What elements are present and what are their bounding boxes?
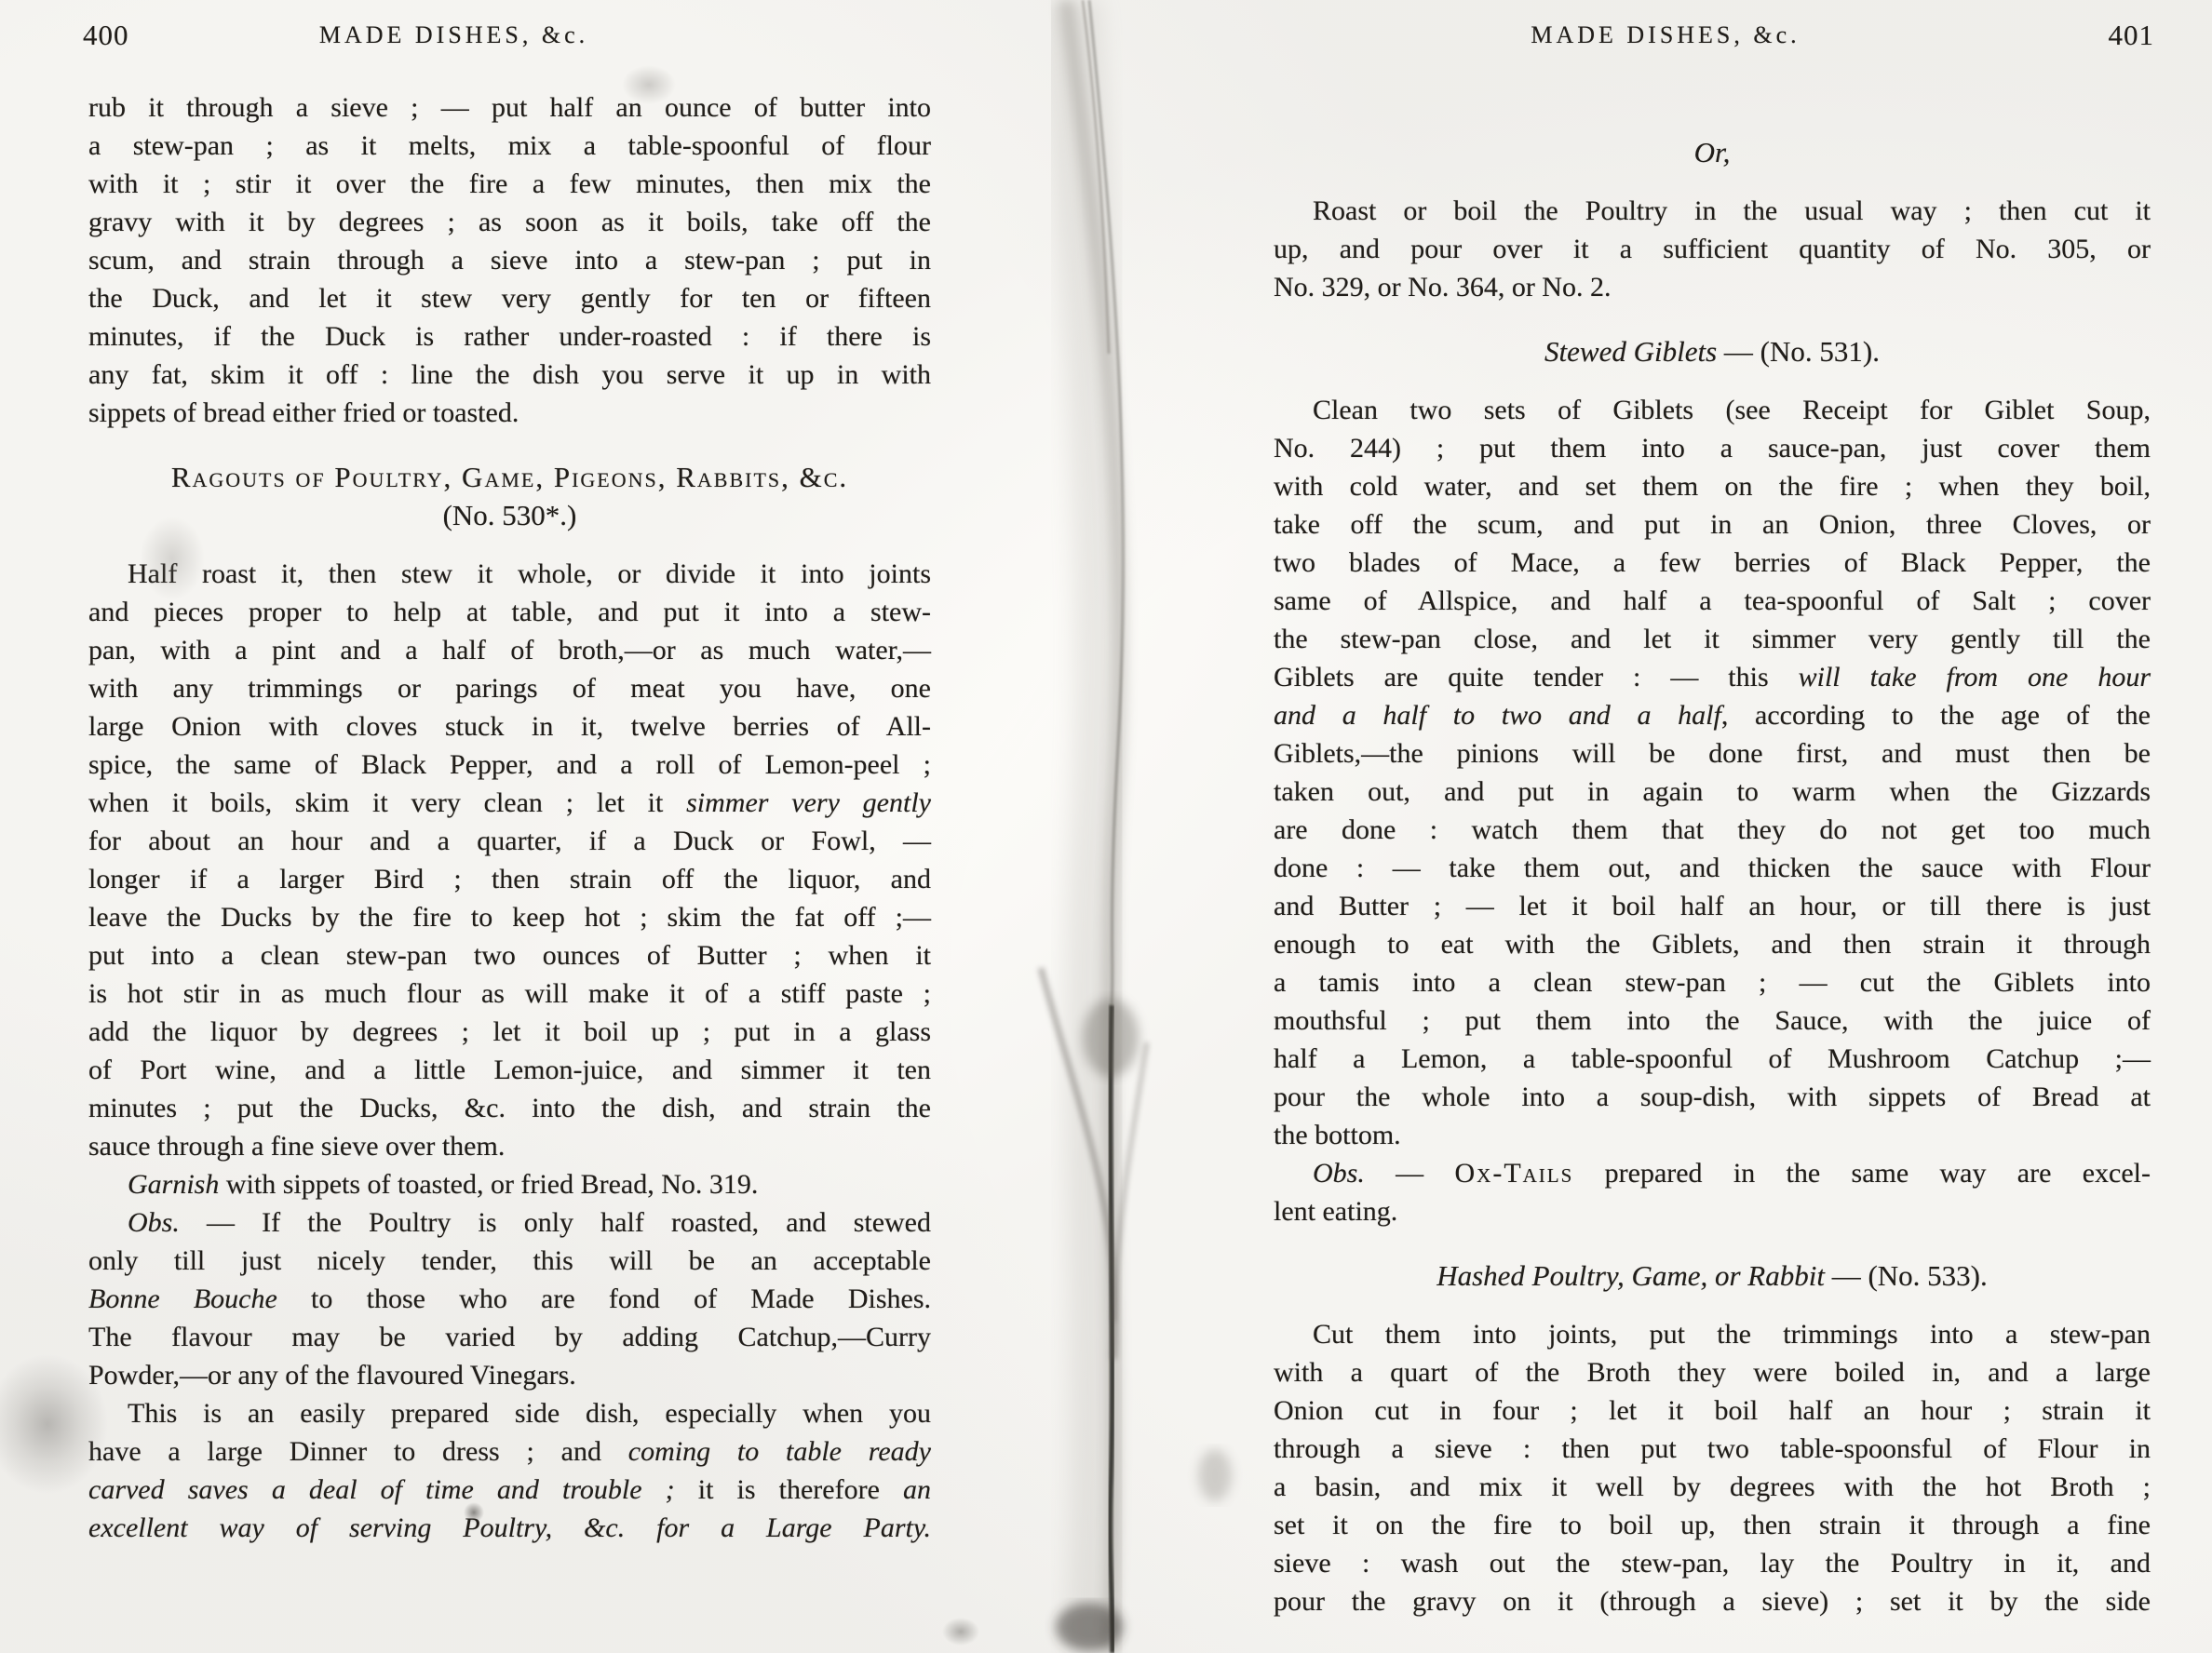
paragraph: rub it through a sieve ; — put half an o… (88, 88, 931, 432)
text-segment: with any trimmings or parings of meat yo… (88, 673, 931, 704)
text-segment: Or, (1694, 136, 1731, 168)
text-segment: Obs. (128, 1207, 180, 1238)
text-segment: — (No. 533). (1825, 1259, 1988, 1292)
heading-line: Ragouts of Poultry, Game, Pigeons, Rabbi… (88, 458, 931, 496)
text-segment: Half roast it, then stew it whole, or di… (128, 558, 931, 589)
text-segment: rub it through a sieve ; — put half an o… (88, 92, 931, 123)
text-segment: of Port wine, and a little Lemon-juice, … (88, 1055, 931, 1085)
text-line: put into a clean stew-pan two ounces of … (88, 936, 931, 974)
text-line: Onion cut in four ; let it boil half an … (1274, 1391, 2151, 1430)
text-line: No. 244) ; put them into a sauce-pan, ju… (1274, 429, 2151, 467)
text-segment: an (903, 1474, 931, 1505)
text-segment: sauce through a fine sieve over them. (88, 1131, 505, 1162)
text-line: a stew-pan ; as it melts, mix a table-sp… (88, 127, 931, 165)
ink-smudge (942, 1618, 979, 1646)
text-segment: prepared in the same way are excel- (1573, 1158, 2151, 1189)
text-segment: is hot stir in as much flour as will mak… (88, 978, 931, 1009)
text-line: set it on the fire to boil up, then stra… (1274, 1506, 2151, 1544)
text-segment: sippets of bread either fried or toasted… (88, 397, 519, 428)
text-segment: minutes ; put the Ducks, &c. into the di… (88, 1093, 931, 1123)
text-segment: Bonne Bouche (88, 1283, 277, 1314)
text-segment: Giblets are quite tender : — this (1274, 662, 1799, 692)
text-segment: Stewed Giblets (1544, 335, 1717, 368)
text-line: Garnish with sippets of toasted, or frie… (88, 1165, 931, 1203)
heading-line: Hashed Poultry, Game, or Rabbit — (No. 5… (1274, 1257, 2151, 1295)
text-line: leave the Ducks by the fire to keep hot … (88, 898, 931, 936)
text-segment: the Duck, and let it stew very gently fo… (88, 283, 931, 314)
text-line: Giblets are quite tender : — this will t… (1274, 658, 2151, 696)
text-segment: Onion cut in four ; let it boil half an … (1274, 1395, 2151, 1426)
text-line: of Port wine, and a little Lemon-juice, … (88, 1051, 931, 1089)
text-line: sieve : wash out the stew-pan, lay the P… (1274, 1544, 2151, 1582)
text-line: pour the whole into a soup-dish, with si… (1274, 1078, 2151, 1116)
paragraph: Half roast it, then stew it whole, or di… (88, 555, 931, 1165)
text-segment: Cut them into joints, put the trimmings … (1313, 1319, 2151, 1350)
text-line: take off the scum, and put in an Onion, … (1274, 505, 2151, 544)
text-segment: excellent way of serving Poultry, &c. fo… (88, 1512, 931, 1543)
text-line: The flavour may be varied by adding Catc… (88, 1318, 931, 1356)
text-line: Obs. — Ox-Tails prepared in the same way… (1274, 1154, 2151, 1192)
text-line: Half roast it, then stew it whole, or di… (88, 555, 931, 593)
text-segment: a tamis into a clean stew-pan ; — cut th… (1274, 967, 2151, 998)
text-segment: Ox-Tails (1455, 1158, 1574, 1189)
text-segment: only till just nicely tender, this will … (88, 1245, 931, 1276)
binding-gutter-shadow (931, 0, 1303, 1653)
book-scan: 400 MADE DISHES, &c. rub it through a si… (0, 0, 2212, 1653)
text-segment: through a sieve : then put two table-spo… (1274, 1433, 2151, 1464)
text-segment: pan, with a pint and a half of broth,—or… (88, 635, 931, 665)
text-segment: Powder,—or any of the flavoured Vinegars… (88, 1360, 576, 1391)
text-segment: for about an hour and a quarter, if a Du… (88, 826, 931, 856)
text-segment: No. 329, or No. 364, or No. 2. (1274, 272, 1611, 302)
text-segment: done : — take them out, and thicken the … (1274, 853, 2151, 883)
text-segment: taken out, and put in again to warm when… (1274, 776, 2151, 807)
text-segment: are done : watch them that they do not g… (1274, 814, 2151, 845)
text-line: and Butter ; — let it boil half an hour,… (1274, 887, 2151, 925)
recipe-heading: Or, (1274, 133, 2151, 171)
text-segment: a stew-pan ; as it melts, mix a table-sp… (88, 130, 931, 161)
text-line: half a Lemon, a table-spoonful of Mushro… (1274, 1040, 2151, 1078)
text-line: two blades of Mace, a few berries of Bla… (1274, 544, 2151, 582)
text-segment: have a large Dinner to dress ; and (88, 1436, 628, 1467)
text-segment: set it on the fire to boil up, then stra… (1274, 1510, 2151, 1540)
text-segment: add the liquor by degrees ; let it boil … (88, 1016, 931, 1047)
text-segment: Garnish (128, 1169, 219, 1200)
text-segment: , according to the age of the (1721, 700, 2151, 731)
text-segment: large Onion with cloves stuck in it, twe… (88, 711, 931, 742)
text-segment: — (1365, 1158, 1455, 1189)
paragraph: Obs. — Ox-Tails prepared in the same way… (1274, 1154, 2151, 1230)
text-segment: The flavour may be varied by adding Catc… (88, 1322, 931, 1352)
text-segment: Hashed Poultry, Game, or Rabbit (1436, 1259, 1825, 1292)
text-segment: pour the gravy on it (through a sieve) ;… (1274, 1586, 2151, 1617)
text-line: is hot stir in as much flour as will mak… (88, 974, 931, 1013)
text-segment: No. 244) ; put them into a sauce-pan, ju… (1274, 433, 2151, 464)
heading-line: Stewed Giblets — (No. 531). (1274, 332, 2151, 370)
text-segment: gravy with it by degrees ; as soon as it… (88, 207, 931, 237)
text-segment: longer if a larger Bird ; then strain of… (88, 864, 931, 894)
text-line: any fat, skim it off : line the dish you… (88, 356, 931, 394)
page-right: MADE DISHES, &c. 401 Or,Roast or boil th… (1274, 0, 2151, 1653)
text-line: add the liquor by degrees ; let it boil … (88, 1013, 931, 1051)
text-line: for about an hour and a quarter, if a Du… (88, 822, 931, 860)
text-segment: enough to eat with the Giblets, and then… (1274, 929, 2151, 960)
text-segment: any fat, skim it off : line the dish you… (88, 359, 931, 390)
text-line: Giblets,—the pinions will be done first,… (1274, 734, 2151, 773)
text-line: Obs. — If the Poultry is only half roast… (88, 1203, 931, 1242)
page-left: 400 MADE DISHES, &c. rub it through a si… (88, 0, 931, 1653)
text-segment: leave the Ducks by the fire to keep hot … (88, 902, 931, 933)
text-line: a tamis into a clean stew-pan ; — cut th… (1274, 963, 2151, 1001)
text-line: up, and pour over it a sufficient quanti… (1274, 230, 2151, 268)
text-segment: will take from one hour (1799, 662, 2151, 692)
text-line: lent eating. (1274, 1192, 2151, 1230)
text-line: when it boils, skim it very clean ; let … (88, 784, 931, 822)
text-segment: half a Lemon, a table-spoonful of Mushro… (1274, 1043, 2151, 1074)
text-line: Roast or boil the Poultry in the usual w… (1274, 192, 2151, 230)
paragraph: Clean two sets of Giblets (see Receipt f… (1274, 391, 2151, 1154)
text-segment: and Butter ; — let it boil half an hour,… (1274, 891, 2151, 921)
text-line: through a sieve : then put two table-spo… (1274, 1430, 2151, 1468)
text-segment: when it boils, skim it very clean ; let … (88, 787, 686, 818)
text-line: Cut them into joints, put the trimmings … (1274, 1315, 2151, 1353)
paragraph: Cut them into joints, put the trimmings … (1274, 1315, 2151, 1620)
text-line: large Onion with cloves stuck in it, twe… (88, 707, 931, 746)
text-line: the Duck, and let it stew very gently fo… (88, 279, 931, 317)
text-line: taken out, and put in again to warm when… (1274, 773, 2151, 811)
text-line: excellent way of serving Poultry, &c. fo… (88, 1509, 931, 1547)
text-line: longer if a larger Bird ; then strain of… (88, 860, 931, 898)
text-line: Bonne Bouche to those who are fond of Ma… (88, 1280, 931, 1318)
text-segment: up, and pour over it a sufficient quanti… (1274, 234, 2151, 264)
text-line: only till just nicely tender, this will … (88, 1242, 931, 1280)
text-line: the bottom. (1274, 1116, 2151, 1154)
text-line: Clean two sets of Giblets (see Receipt f… (1274, 391, 2151, 429)
text-line: the stew-pan close, and let it simmer ve… (1274, 620, 2151, 658)
paragraph: This is an easily prepared side dish, es… (88, 1394, 931, 1547)
text-line: carved saves a deal of time and trouble … (88, 1471, 931, 1509)
text-line: sauce through a fine sieve over them. (88, 1127, 931, 1165)
text-segment: Giblets,—the pinions will be done first,… (1274, 738, 2151, 769)
heading-line: Or, (1274, 133, 2151, 171)
recipe-heading: Hashed Poultry, Game, or Rabbit — (No. 5… (1274, 1257, 2151, 1295)
text-line: sippets of bread either fried or toasted… (88, 394, 931, 432)
text-segment: spice, the same of Black Pepper, and a r… (88, 749, 931, 780)
text-line: No. 329, or No. 364, or No. 2. (1274, 268, 2151, 306)
text-segment: the stew-pan close, and let it simmer ve… (1274, 624, 2151, 654)
page-body: Or,Roast or boil the Poultry in the usua… (1274, 0, 2151, 1620)
text-line: minutes ; put the Ducks, &c. into the di… (88, 1089, 931, 1127)
text-segment: with it ; stir it over the fire a few mi… (88, 168, 931, 199)
text-segment: Obs. (1313, 1158, 1365, 1189)
text-segment: and pieces proper to help at table, and … (88, 597, 931, 627)
text-line: done : — take them out, and thicken the … (1274, 849, 2151, 887)
text-segment: with a quart of the Broth they were boil… (1274, 1357, 2151, 1388)
text-segment: — If the Poultry is only half roasted, a… (180, 1207, 931, 1238)
text-segment: This is an easily prepared side dish, es… (128, 1398, 931, 1429)
text-line: with it ; stir it over the fire a few mi… (88, 165, 931, 203)
text-line: a basin, and mix it well by degrees with… (1274, 1468, 2151, 1506)
text-line: enough to eat with the Giblets, and then… (1274, 925, 2151, 963)
text-line: are done : watch them that they do not g… (1274, 811, 2151, 849)
paragraph: Roast or boil the Poultry in the usual w… (1274, 192, 2151, 306)
text-line: This is an easily prepared side dish, es… (88, 1394, 931, 1432)
text-segment: to those who are fond of Made Dishes. (277, 1283, 931, 1314)
text-line: mouthsful ; put them into the Sauce, wit… (1274, 1001, 2151, 1040)
text-segment: same of Allspice, and half a tea-spoonfu… (1274, 585, 2151, 616)
text-line: rub it through a sieve ; — put half an o… (88, 88, 931, 127)
text-segment: simmer very gently (686, 787, 931, 818)
page-body: rub it through a sieve ; — put half an o… (88, 0, 931, 1547)
text-segment: carved saves a deal of time and trouble … (88, 1474, 675, 1505)
text-line: with any trimmings or parings of meat yo… (88, 669, 931, 707)
text-segment: sieve : wash out the stew-pan, lay the P… (1274, 1548, 2151, 1579)
text-line: and a half to two and a half, according … (1274, 696, 2151, 734)
text-segment: scum, and strain through a sieve into a … (88, 245, 931, 275)
text-segment: it is therefore (675, 1474, 903, 1505)
text-line: and pieces proper to help at table, and … (88, 593, 931, 631)
text-line: spice, the same of Black Pepper, and a r… (88, 746, 931, 784)
heading-line: (No. 530*.) (88, 496, 931, 534)
text-segment: take off the scum, and put in an Onion, … (1274, 509, 2151, 540)
text-segment: Roast or boil the Poultry in the usual w… (1313, 195, 2151, 226)
text-line: pour the gravy on it (through a sieve) ;… (1274, 1582, 2151, 1620)
text-line: gravy with it by degrees ; as soon as it… (88, 203, 931, 241)
text-line: scum, and strain through a sieve into a … (88, 241, 931, 279)
text-line: have a large Dinner to dress ; and comin… (88, 1432, 931, 1471)
recipe-heading: Ragouts of Poultry, Game, Pigeons, Rabbi… (88, 458, 931, 534)
text-line: with cold water, and set them on the fir… (1274, 467, 2151, 505)
text-segment: with cold water, and set them on the fir… (1274, 471, 2151, 502)
text-segment: (No. 530*.) (443, 499, 577, 531)
text-segment: put into a clean stew-pan two ounces of … (88, 940, 931, 971)
text-segment: lent eating. (1274, 1196, 1397, 1227)
text-segment: coming to table ready (628, 1436, 931, 1467)
text-segment: a basin, and mix it well by degrees with… (1274, 1472, 2151, 1502)
text-segment: pour the whole into a soup-dish, with si… (1274, 1082, 2151, 1112)
text-line: same of Allspice, and half a tea-spoonfu… (1274, 582, 2151, 620)
text-segment: with sippets of toasted, or fried Bread,… (219, 1169, 758, 1200)
paragraph: Obs. — If the Poultry is only half roast… (88, 1203, 931, 1394)
text-segment: and a half to two and a half (1274, 700, 1721, 731)
recipe-heading: Stewed Giblets — (No. 531). (1274, 332, 2151, 370)
text-segment: the bottom. (1274, 1120, 1401, 1150)
text-line: minutes, if the Duck is rather under-roa… (88, 317, 931, 356)
paragraph: Garnish with sippets of toasted, or frie… (88, 1165, 931, 1203)
text-segment: mouthsful ; put them into the Sauce, wit… (1274, 1005, 2151, 1036)
text-segment: Clean two sets of Giblets (see Receipt f… (1313, 395, 2151, 425)
text-line: Powder,—or any of the flavoured Vinegars… (88, 1356, 931, 1394)
text-segment: — (No. 531). (1717, 335, 1880, 368)
text-segment: Ragouts of Poultry, Game, Pigeons, Rabbi… (171, 461, 848, 493)
text-line: pan, with a pint and a half of broth,—or… (88, 631, 931, 669)
text-segment: two blades of Mace, a few berries of Bla… (1274, 547, 2151, 578)
text-line: with a quart of the Broth they were boil… (1274, 1353, 2151, 1391)
text-segment: minutes, if the Duck is rather under-roa… (88, 321, 931, 352)
